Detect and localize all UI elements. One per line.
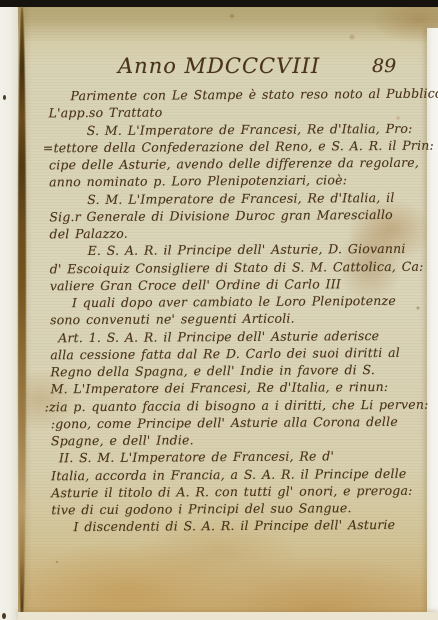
page-number: 89 [372,55,396,77]
manuscript-line: Art. 1. S. A. R. il Principe dell' Astur… [58,326,426,346]
foxing-speck [2,613,6,619]
manuscript-photo: Anno MDCCCVIII 89 Parimente con Le Stamp… [0,0,438,620]
manuscript-line: M. L'Imperatore dei Francesi, Re d'Itali… [50,378,426,398]
foxing-speck [3,95,6,100]
manuscript-line: I quali dopo aver cambiato le Loro Pleni… [72,292,426,312]
manuscript-line: Parimente con Le Stampe è stato reso not… [70,85,424,105]
manuscript-line: E. S. A. R. il Principe dell' Asturie, D… [88,240,426,260]
photo-top-edge [0,0,438,7]
page-bottom-edge [18,612,438,620]
page-edge-left [18,7,26,620]
manuscript-line: Asturie il titolo di A. R. con tutti gl'… [51,481,427,501]
manuscript-line: :gono, come Principe dell' Asturie alla … [51,412,427,432]
backing-page-left [0,7,18,620]
manuscript-line: d' Escoiquiz Consigliere di Stato di S. … [50,257,426,277]
manuscript-lines: Parimente con Le Stampe è stato reso not… [48,85,427,536]
page-title: Anno MDCCCVIII [118,54,320,78]
manuscript-line: Sig.r Generale di Divisione Duroc gran M… [49,205,425,225]
manuscript-line: S. M. L'Imperatore de Francesi, Re d'Ita… [87,188,425,208]
backing-page-right [427,28,438,612]
manuscript-line: I discendenti di S. A. R. il Principe de… [73,516,427,536]
manuscript-line: S. M. L'Imperatore de Francesi, Re d'Ita… [87,119,425,139]
manuscript-line: cipe delle Asturie, avendo delle differe… [49,154,425,174]
